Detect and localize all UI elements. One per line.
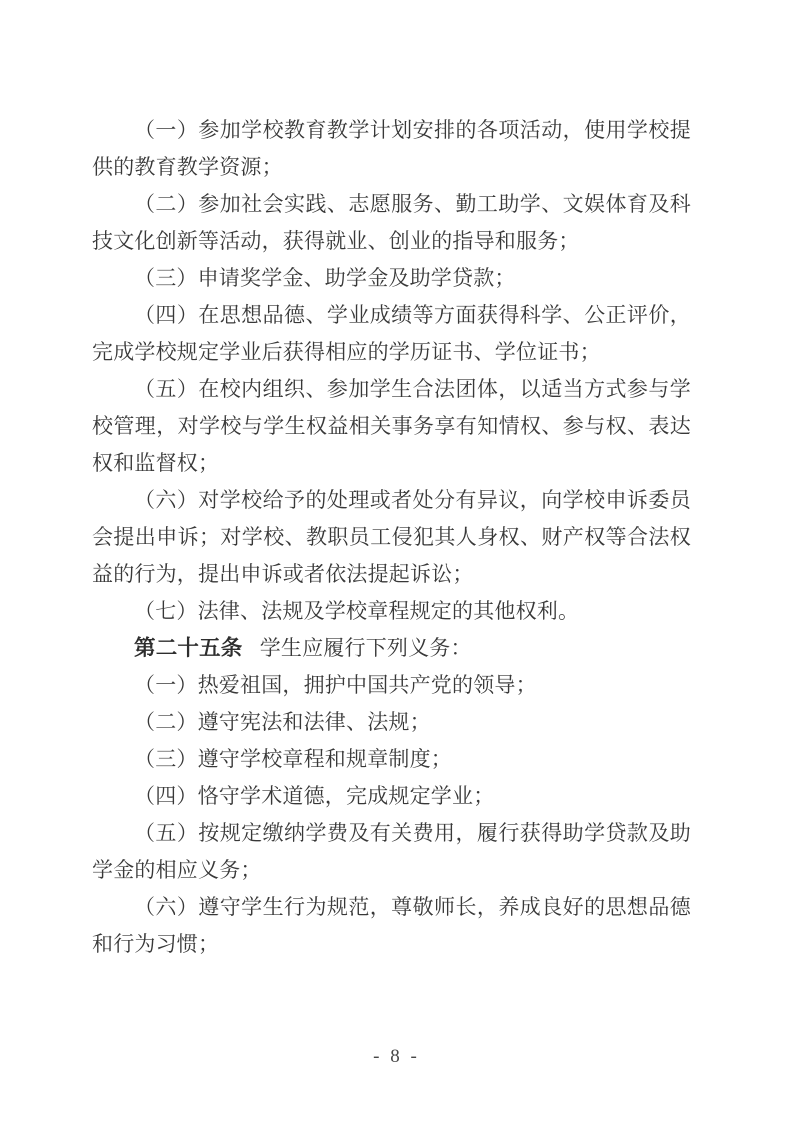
page-number: - 8 - xyxy=(373,1046,420,1067)
document-page: （一）参加学校教育教学计划安排的各项活动，使用学校提供的教育教学资源； （二）参… xyxy=(0,0,793,1121)
article25-item-4: （四）恪守学术道德，完成规定学业； xyxy=(92,778,691,815)
document-body: （一）参加学校教育教学计划安排的各项活动，使用学校提供的教育教学资源； （二）参… xyxy=(92,112,691,963)
article25-item-1: （一）热爱祖国，拥护中国共产党的领导； xyxy=(92,667,691,704)
article25-item-5: （五）按规定缴纳学费及有关费用，履行获得助学贷款及助学金的相应义务； xyxy=(92,815,691,889)
article24-item-5: （五）在校内组织、参加学生合法团体，以适当方式参与学校管理，对学校与学生权益相关… xyxy=(92,371,691,482)
article24-item-2: （二）参加社会实践、志愿服务、勤工助学、文娱体育及科技文化创新等活动，获得就业、… xyxy=(92,186,691,260)
article25-heading: 第二十五条学生应履行下列义务： xyxy=(92,630,691,667)
article24-item-3: （三）申请奖学金、助学金及助学贷款； xyxy=(92,260,691,297)
article24-item-7: （七）法律、法规及学校章程规定的其他权利。 xyxy=(92,593,691,630)
article25-number: 第二十五条 xyxy=(134,636,243,660)
article24-item-4: （四）在思想品德、学业成绩等方面获得科学、公正评价，完成学校规定学业后获得相应的… xyxy=(92,297,691,371)
article25-intro: 学生应履行下列义务： xyxy=(260,636,472,660)
article25-item-6: （六）遵守学生行为规范，尊敬师长，养成良好的思想品德和行为习惯； xyxy=(92,889,691,963)
article25-item-3: （三）遵守学校章程和规章制度； xyxy=(92,741,691,778)
article25-item-2: （二）遵守宪法和法律、法规； xyxy=(92,704,691,741)
article24-item-6: （六）对学校给予的处理或者处分有异议，向学校申诉委员会提出申诉；对学校、教职员工… xyxy=(92,482,691,593)
article24-item-1: （一）参加学校教育教学计划安排的各项活动，使用学校提供的教育教学资源； xyxy=(92,112,691,186)
page-footer: - 8 - xyxy=(0,1044,793,1070)
